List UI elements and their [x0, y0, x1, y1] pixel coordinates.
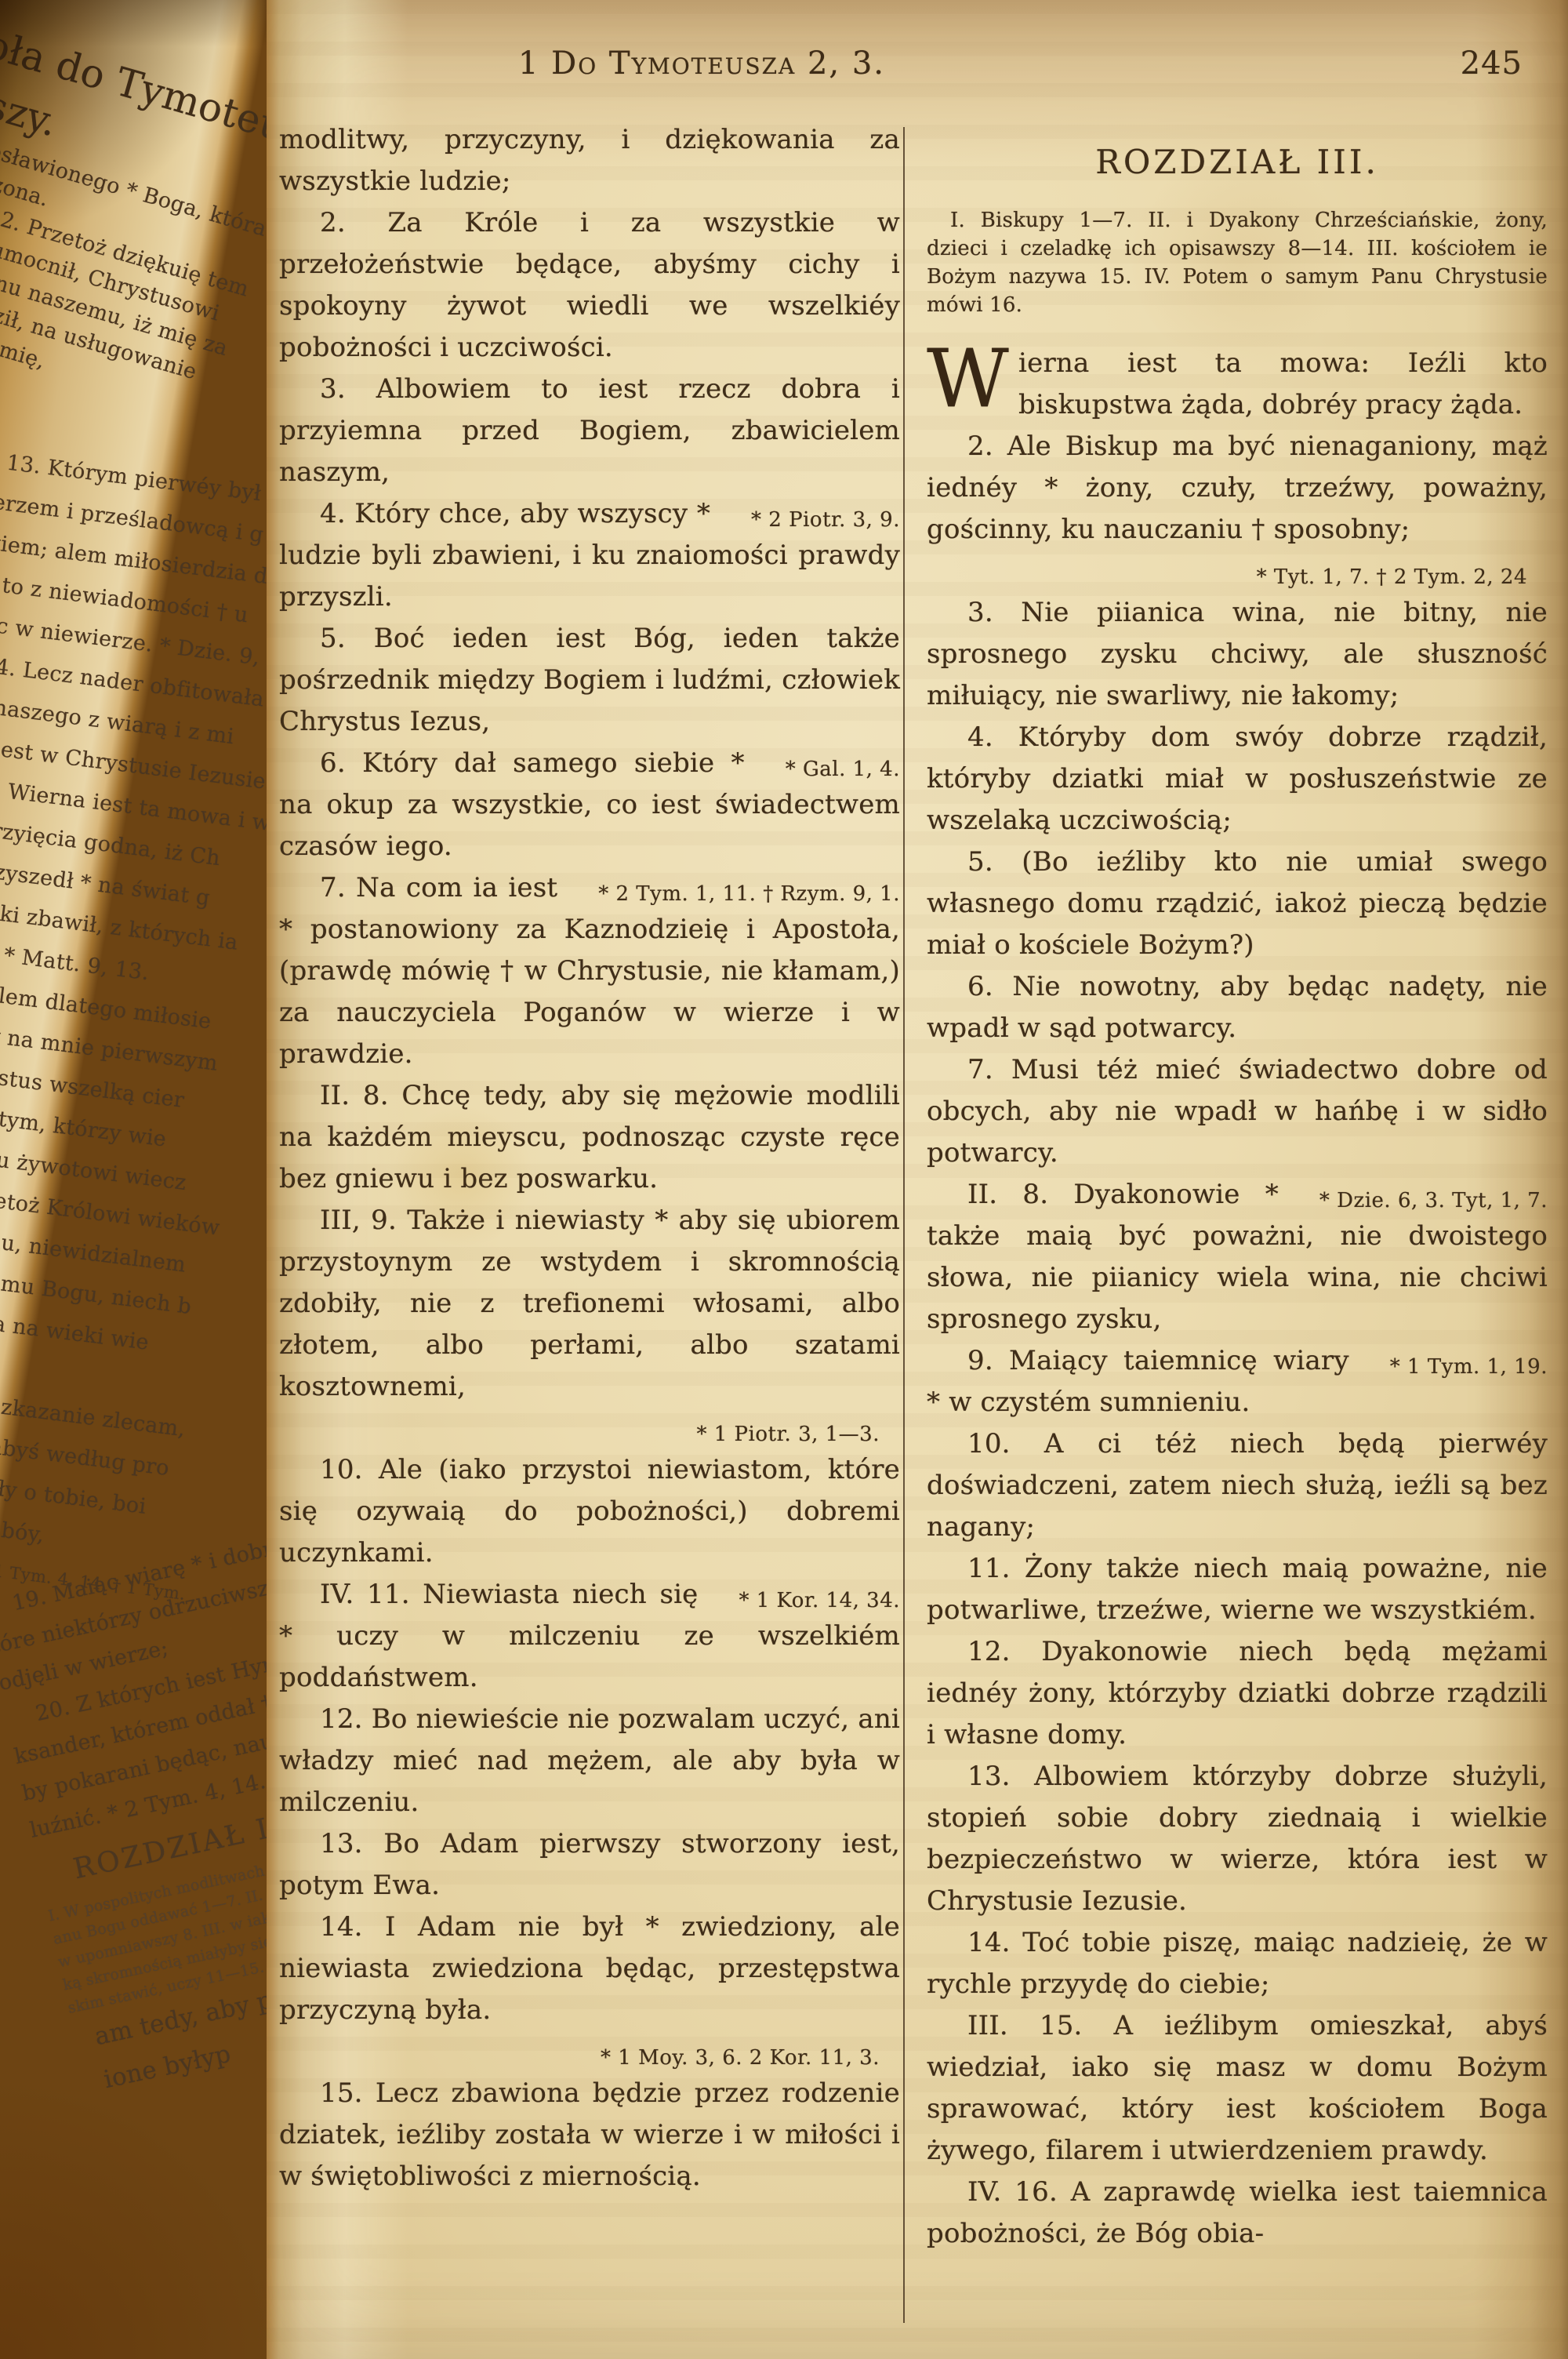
verse-text: 13. Albowiem którzyby dobrze służyli, st… [927, 1761, 1548, 1917]
verse-text: odjęli w wierze; [0, 1636, 170, 1696]
verse-text: 14. Toć tobie piszę, maiąc nadzieię, że … [927, 1927, 1548, 2000]
verse-text: toła do Tymoteusza [0, 17, 267, 169]
text-line: w upomniawszy 8. III. w iakim ubierze S [56, 1879, 267, 1974]
text-line: nierzem i prześladowcą i g [0, 480, 267, 562]
text-line: tóre niektórzy odrzuciwszy, s [0, 1557, 267, 1665]
verse: 4. Któryby dom swóy dobrze rządził, któr… [927, 717, 1548, 841]
text-line: błogosławionego * Boga, która m [0, 122, 267, 248]
verse: 3. Nie piianica wina, nie bitny, nie spr… [927, 592, 1548, 717]
verse-text: 15. Wierna iest ta mowa i w [0, 774, 267, 835]
text-line: erwszy. * Matt. 9, 13. [0, 925, 263, 1007]
verse: 13. Bo Adam pierwszy stworzony iest, pot… [279, 1823, 900, 1906]
book-scan-photo: toła do Tymoteuszawszy.błogosławionego *… [0, 0, 1568, 2359]
verse-text: modlitwy, przyczyny, i dziękowania za ws… [279, 124, 900, 197]
text-line: ędąc w niewierze. * Dzie. 9, 1. [0, 601, 267, 683]
text-line: przykład tym, którzy wie [0, 1087, 242, 1169]
text-line: ego osądził, na usługowanie [0, 274, 236, 399]
text-line: ymoteuszu! abyś według pro [0, 1411, 203, 1493]
scripture-reference: * 2 Tym. 1, 11. † Rzym. 9, 1. [557, 874, 900, 915]
text-line: 19. Maiąc wiarę * i dobre sum [9, 1521, 267, 1623]
curled-text-middle: 13. Którym pierwéy byłnierzem i prześlad… [0, 439, 267, 1602]
text-line: toła do Tymoteusza [0, 11, 267, 162]
verse: * Gal. 1, 4.6. Który dał samego siebie *… [279, 743, 900, 867]
verse-text: I. W pospolitych modlitwach każe wszyst [47, 1842, 267, 1925]
text-line: zwierzona. [0, 153, 267, 278]
verse: 15. Lecz zbawiona będzie przez rodzenie … [279, 2073, 900, 2197]
main-page: 1 Do Tymoteusza 2, 3. 245 modlitwy, przy… [267, 0, 1568, 2359]
verse: 10. A ci téż niech będą pierwéy doświadc… [927, 1423, 1548, 1548]
verse-text: 10. A ci téż niech będą pierwéy doświadc… [927, 1428, 1548, 1543]
verse-text: niertelnemu, niewidzialnem [0, 1216, 187, 1278]
text-line: 17. Przetoż Królowi wieków [0, 1172, 233, 1251]
verse-text: 9. Maiący taiemnicę wiary * w czystém su… [927, 1345, 1349, 1418]
verse-text: am tedy, aby przed w [93, 1968, 267, 2052]
text-line: om to z niewiadomości † u [0, 561, 267, 643]
verse-text: tóre uprzedziły o tobie, boi [0, 1459, 147, 1519]
verse-text: 3. Nie piianica wina, nie bitny, nie spr… [927, 597, 1548, 711]
text-line: tóra iest w Chrystusie Iezusie. [0, 722, 267, 805]
verse-text: 11. Żony także niech maią poważne, nie p… [927, 1553, 1548, 1626]
scripture-reference: * 1 Piotr. 3, 1—3. [279, 1414, 900, 1456]
scripture-reference: * 2 Piotr. 3, 9. [710, 500, 900, 541]
verse-text: III. 15. A ieźlibym omieszkał, abyś wied… [927, 2010, 1548, 2166]
verse: * 1 Tym. 1, 19.9. Maiący taiemnicę wiary… [927, 1340, 1548, 1423]
text-line: sowi, Panu naszemu, iż mię za [0, 243, 245, 369]
text-line: I. W pospolitych modlitwach każe wszyst [46, 1834, 267, 1928]
verse-text: ry mię umocnił, Chrystusowi [0, 216, 223, 325]
verse-text: ędąc w niewierze. * Dzie. 9, 1. [0, 609, 267, 673]
text-line: 20. Z których iest Hymeneus i [32, 1630, 267, 1733]
verse-text: 19. Maiąc wiarę * i dobre sum [10, 1523, 267, 1616]
verse-text: erwszy. * Matt. 9, 13. [0, 932, 151, 985]
verse-text: apił, aby na mnie pierwszym [0, 1013, 219, 1075]
verse-text: wszy. [0, 73, 63, 146]
verse-text: nowiwszy mię, [0, 307, 48, 374]
verse-text: 18. Toć rozkazanie zlecam, [0, 1382, 187, 1442]
text-line: anu Bogu oddawać 1—7. II. wszystkich d [51, 1856, 267, 1951]
verse-text: tóra iest w Chrystusie Iezusie. [0, 730, 267, 794]
text-line: IV. 12. Przetoż dziękuię tem [0, 191, 262, 308]
curled-text-bottom: 19. Maiąc wiarę * i dobre sumtóre niektó… [0, 1521, 267, 2106]
verse-text: tóre niektórzy odrzuciwszy, s [0, 1568, 267, 1659]
text-line: 14. Lecz nader obfitowała ł [0, 645, 267, 725]
text-line: yć maią ku żywotowi wiecz [0, 1127, 238, 1209]
text-line: zus przyszedł * na świat g [0, 844, 267, 926]
verse-text: 5. (Bo ieźliby kto nie umiał swego własn… [927, 846, 1548, 961]
curled-text-top: toła do Tymoteuszawszy.błogosławionego *… [0, 11, 267, 429]
scripture-reference: * Tyt. 1, 7. † 2 Tym. 2, 24 [927, 557, 1548, 598]
right-verses: 2. Ale Biskup ma być nienaganiony, mąż i… [927, 426, 1548, 2255]
text-line: by pokarani będąc, nauczyli się [19, 1704, 267, 1812]
verse-text: ksander, którem oddał † szata [13, 1677, 267, 1769]
verse-text: 14. I Adam nie był * zwiedziony, ale nie… [279, 1911, 900, 2026]
text-line: ch on dobry † bóy, [0, 1492, 193, 1574]
verse: 5. (Bo ieźliby kto nie umiał swego własn… [927, 841, 1548, 966]
verse-text: 2. Za Króle i za wszystkie w przełożeńst… [279, 207, 900, 363]
verse: * 1 Kor. 14, 34.IV. 11. Niewiasta niech … [279, 1574, 900, 1699]
verse: modlitwy, przyczyny, i dziękowania za ws… [279, 119, 900, 202]
verse: * 2 Tym. 1, 11. † Rzym. 9, 1.7. Na com i… [279, 867, 900, 1075]
verse-text: eść i chwała na wieki wie [0, 1297, 151, 1355]
text-line: luźnić. * 2 Tym. 4, 14. [27, 1741, 267, 1849]
verse-text: 20. Z których iest Hymeneus i [34, 1634, 267, 1726]
text-columns: modlitwy, przyczyny, i dziękowania za ws… [267, 119, 1568, 2359]
verse: 6. Nie nowotny, aby będąc nadęty, nie wp… [927, 966, 1548, 1049]
verse: 5. Boć ieden iest Bóg, ieden także pośrz… [279, 618, 900, 743]
verse: 7. Musi téż mieć świadectwo dobre od obc… [927, 1049, 1548, 1174]
verse-text: 12. Dyakonowie niech będą mężami iednéy … [927, 1636, 1548, 1750]
verse-text: IV. 16. A zaprawdę wielka iest taiemnica… [927, 2176, 1548, 2249]
verse-text: anu Bogu oddawać 1—7. II. wszystkich d [52, 1865, 267, 1948]
verse: 12. Bo niewieście nie pozwalam uczyć, an… [279, 1699, 900, 1823]
text-line: rzeszniki zbawił, z których ia [0, 885, 267, 967]
text-line: wszy. [0, 67, 267, 217]
verse-text: yć maią ku żywotowi wiecz [0, 1135, 187, 1195]
text-line: 13. Którym pierwéy był [4, 443, 267, 522]
text-line: tóre uprzedziły o tobie, boi [0, 1451, 198, 1533]
scripture-reference: * 1 Tym. 1, 19. [1349, 1347, 1548, 1388]
verse-text: III, 9. Także i niewiasty * aby się ubio… [279, 1205, 900, 1402]
verse: III. 15. A ieźlibym omieszkał, abyś wied… [927, 2005, 1548, 2172]
text-line: ROZDZIAŁ II. [68, 1778, 267, 1898]
verse: 11. Żony także niech maią poważne, nie p… [927, 1548, 1548, 1631]
verse: IV. 16. A zaprawdę wielka iest taiemnica… [927, 2172, 1548, 2255]
verse-text: ione byłyp [101, 2040, 233, 2094]
verse: 14. I Adam nie był * zwiedziony, ale nie… [279, 1906, 900, 2073]
text-line: odjęli w wierze; [0, 1594, 267, 1702]
verse-text: IV. 12. Przetoż dziękuię tem [0, 194, 252, 301]
verse-text: nierzem i prześladowcą i g [0, 488, 265, 547]
verse-text: ego przyięcia godna, iż Ch [0, 811, 222, 871]
text-line: ksander, którem oddał † szata [11, 1667, 267, 1776]
verse: 2. Za Króle i za wszystkie w przełożeńst… [279, 202, 900, 369]
text-line: ana naszego z wiarą i z mi [0, 682, 267, 765]
text-line: eść i chwała na wieki wie [0, 1289, 218, 1372]
verse-text: ROZDZIAŁ II. [71, 1807, 267, 1885]
verse-text: by pokarani będąc, nauczyli się [20, 1710, 267, 1806]
text-line: 16. Alem dlatego miłosie [0, 969, 257, 1049]
text-line: skim stawić, uczy 11—15. [66, 1925, 267, 2020]
scripture-reference: * Gal. 1, 4. [745, 749, 900, 791]
verse-text: sowi, Panu naszemu, iż mię za [0, 246, 230, 361]
text-line: * 1 Tym. 4, 14. † 1 Tym. [0, 1555, 187, 1608]
verse-text: luźnić. * 2 Tym. 4, 14. [28, 1769, 267, 1843]
text-line: 15. Wierna iest ta mowa i w [0, 767, 267, 846]
verse-text: ch on dobry † bóy, [0, 1499, 45, 1548]
page-number: 245 [1461, 45, 1523, 82]
chapter-heading: ROZDZIAŁ III. [927, 141, 1548, 183]
verse-text: 4. Któryby dom swóy dobrze rządził, któr… [927, 722, 1548, 836]
text-line: nowiwszy mię, [0, 304, 227, 429]
verse: II. 8. Chcę tedy, aby się mężowie modlil… [279, 1075, 900, 1200]
verse-text: skim stawić, uczy 11—15. [67, 1958, 266, 2017]
verse-text: II. 8. Chcę tedy, aby się mężowie modlil… [279, 1080, 900, 1194]
text-line: nikiem; alem miłosierdzia do [0, 520, 267, 602]
dropcap: W [927, 343, 1018, 410]
verse-text: emu mądremu Bogu, niech b [0, 1256, 193, 1319]
text-line: am tedy, aby przed w [90, 1948, 267, 2059]
verse-text: 10. Ale (iako przystoi niewiastom, które… [279, 1454, 900, 1568]
chapter-summary: I. Biskupy 1—7. II. i Dyakony Chrześciań… [927, 206, 1548, 319]
text-line: men. [0, 1329, 212, 1412]
verse-text: 2. Ale Biskup ma być nienaganiony, mąż i… [927, 431, 1548, 545]
text-line: ego przyięcia godna, iż Ch [0, 804, 267, 886]
verse: 2. Ale Biskup ma być nienaganiony, mąż i… [927, 426, 1548, 592]
text-line: niertelnemu, niewidzialnem [0, 1209, 227, 1291]
text-line: 18. Toć rozkazanie zlecam, [0, 1374, 208, 1453]
verse: 13. Albowiem którzyby dobrze służyli, st… [927, 1756, 1548, 1922]
verse-text: nikiem; alem miłosierdzia do [0, 528, 267, 591]
verse-text: zus Chrystus wszelką cier [0, 1054, 186, 1113]
verse-text: ymoteuszu! abyś według pro [0, 1419, 171, 1481]
scripture-reference: * 1 Moy. 3, 6. 2 Kor. 11, 3. [279, 2037, 900, 2079]
verse-text: zus przyszedł * na świat g [0, 852, 211, 911]
verse-text: zwierzona. [0, 156, 52, 212]
verse-text: 3. Albowiem to iest rzecz dobra i przyie… [279, 373, 900, 488]
verse-text: om to z niewiadomości † u [0, 569, 249, 628]
verse-text: 5. Boć ieden iest Bóg, ieden także pośrz… [279, 623, 900, 737]
scripture-reference: * 1 Kor. 14, 34. [698, 1580, 900, 1622]
column-divider [903, 127, 905, 2323]
text-line: ką skromnością miałyby się niewiasty w [61, 1903, 267, 1997]
verse: * Dzie. 6, 3. Tyt, 1, 7.II. 8. Dyakonowi… [927, 1174, 1548, 1340]
verse-text: 17. Przetoż Królowi wieków [0, 1179, 221, 1241]
verse-text: 13. Którym pierwéy był [5, 451, 263, 507]
verse-text: 14. Lecz nader obfitowała ł [0, 653, 267, 714]
verse-text: w upomniawszy 8. III. w iakim ubierze S [56, 1888, 267, 1971]
verse-text: 16. Alem dlatego miłosie [0, 977, 212, 1034]
verse-text: ierna iest ta mowa: Ieźli kto biskupstwa… [1018, 347, 1548, 420]
right-column: ROZDZIAŁ III. I. Biskupy 1—7. II. i Dyak… [927, 119, 1548, 2255]
verse: 14. Toć tobie piszę, maiąc nadzieię, że … [927, 1922, 1548, 2005]
text-line: apił, aby na mnie pierwszym [0, 1006, 252, 1089]
scripture-reference: * Dzie. 6, 3. Tyt, 1, 7. [1279, 1180, 1548, 1222]
verse-text: * 1 Tym. 4, 14. † 1 Tym. [0, 1560, 187, 1604]
running-head: 1 Do Tymoteusza 2, 3. 245 [267, 45, 1568, 100]
verse-text: ego osądził, na usługowanie [0, 276, 199, 384]
verse-text: 7. Musi téż mieć świadectwo dobre od obc… [927, 1054, 1548, 1169]
running-title: 1 Do Tymoteusza 2, 3. [408, 45, 996, 82]
text-line: ione byłyp [100, 1991, 267, 2102]
left-column: modlitwy, przyczyny, i dziękowania za ws… [279, 119, 900, 2197]
verse-text: rzeszniki zbawił, z których ia [0, 892, 239, 955]
verse-text: 15. Lecz zbawiona będzie przez rodzenie … [279, 2077, 900, 2192]
verse-text: ana naszego z wiarą i z mi [0, 690, 235, 750]
verse-text: 13. Bo Adam pierwszy stworzony iest, pot… [279, 1828, 900, 1901]
previous-page-curl: toła do Tymoteuszawszy.błogosławionego *… [0, 0, 267, 2359]
verse: 12. Dyakonowie niech będą mężami iednéy … [927, 1631, 1548, 1756]
verse: Wierna iest ta mowa: Ieźli kto biskupstw… [927, 343, 1548, 426]
verse-text: błogosławionego * Boga, która m [0, 125, 267, 249]
verse: III, 9. Także i niewiasty * aby się ubio… [279, 1200, 900, 1449]
verse-text: 12. Bo niewieście nie pozwalam uczyć, an… [279, 1703, 900, 1818]
verse-text: ką skromnością miałyby się niewiasty w [61, 1913, 267, 1994]
text-line: zus Chrystus wszelką cier [0, 1046, 248, 1129]
verse-text: 6. Nie nowotny, aby będąc nadęty, nie wp… [927, 971, 1548, 1044]
verse: * 2 Piotr. 3, 9.4. Który chce, aby wszys… [279, 493, 900, 618]
verse: 3. Albowiem to iest rzecz dobra i przyie… [279, 369, 900, 493]
text-line: ry mię umocnił, Chrystusowi [0, 213, 253, 339]
verse-text: przykład tym, którzy wie [0, 1095, 168, 1152]
text-line: emu mądremu Bogu, niech b [0, 1249, 223, 1331]
verse: 10. Ale (iako przystoi niewiastom, które… [279, 1449, 900, 1574]
